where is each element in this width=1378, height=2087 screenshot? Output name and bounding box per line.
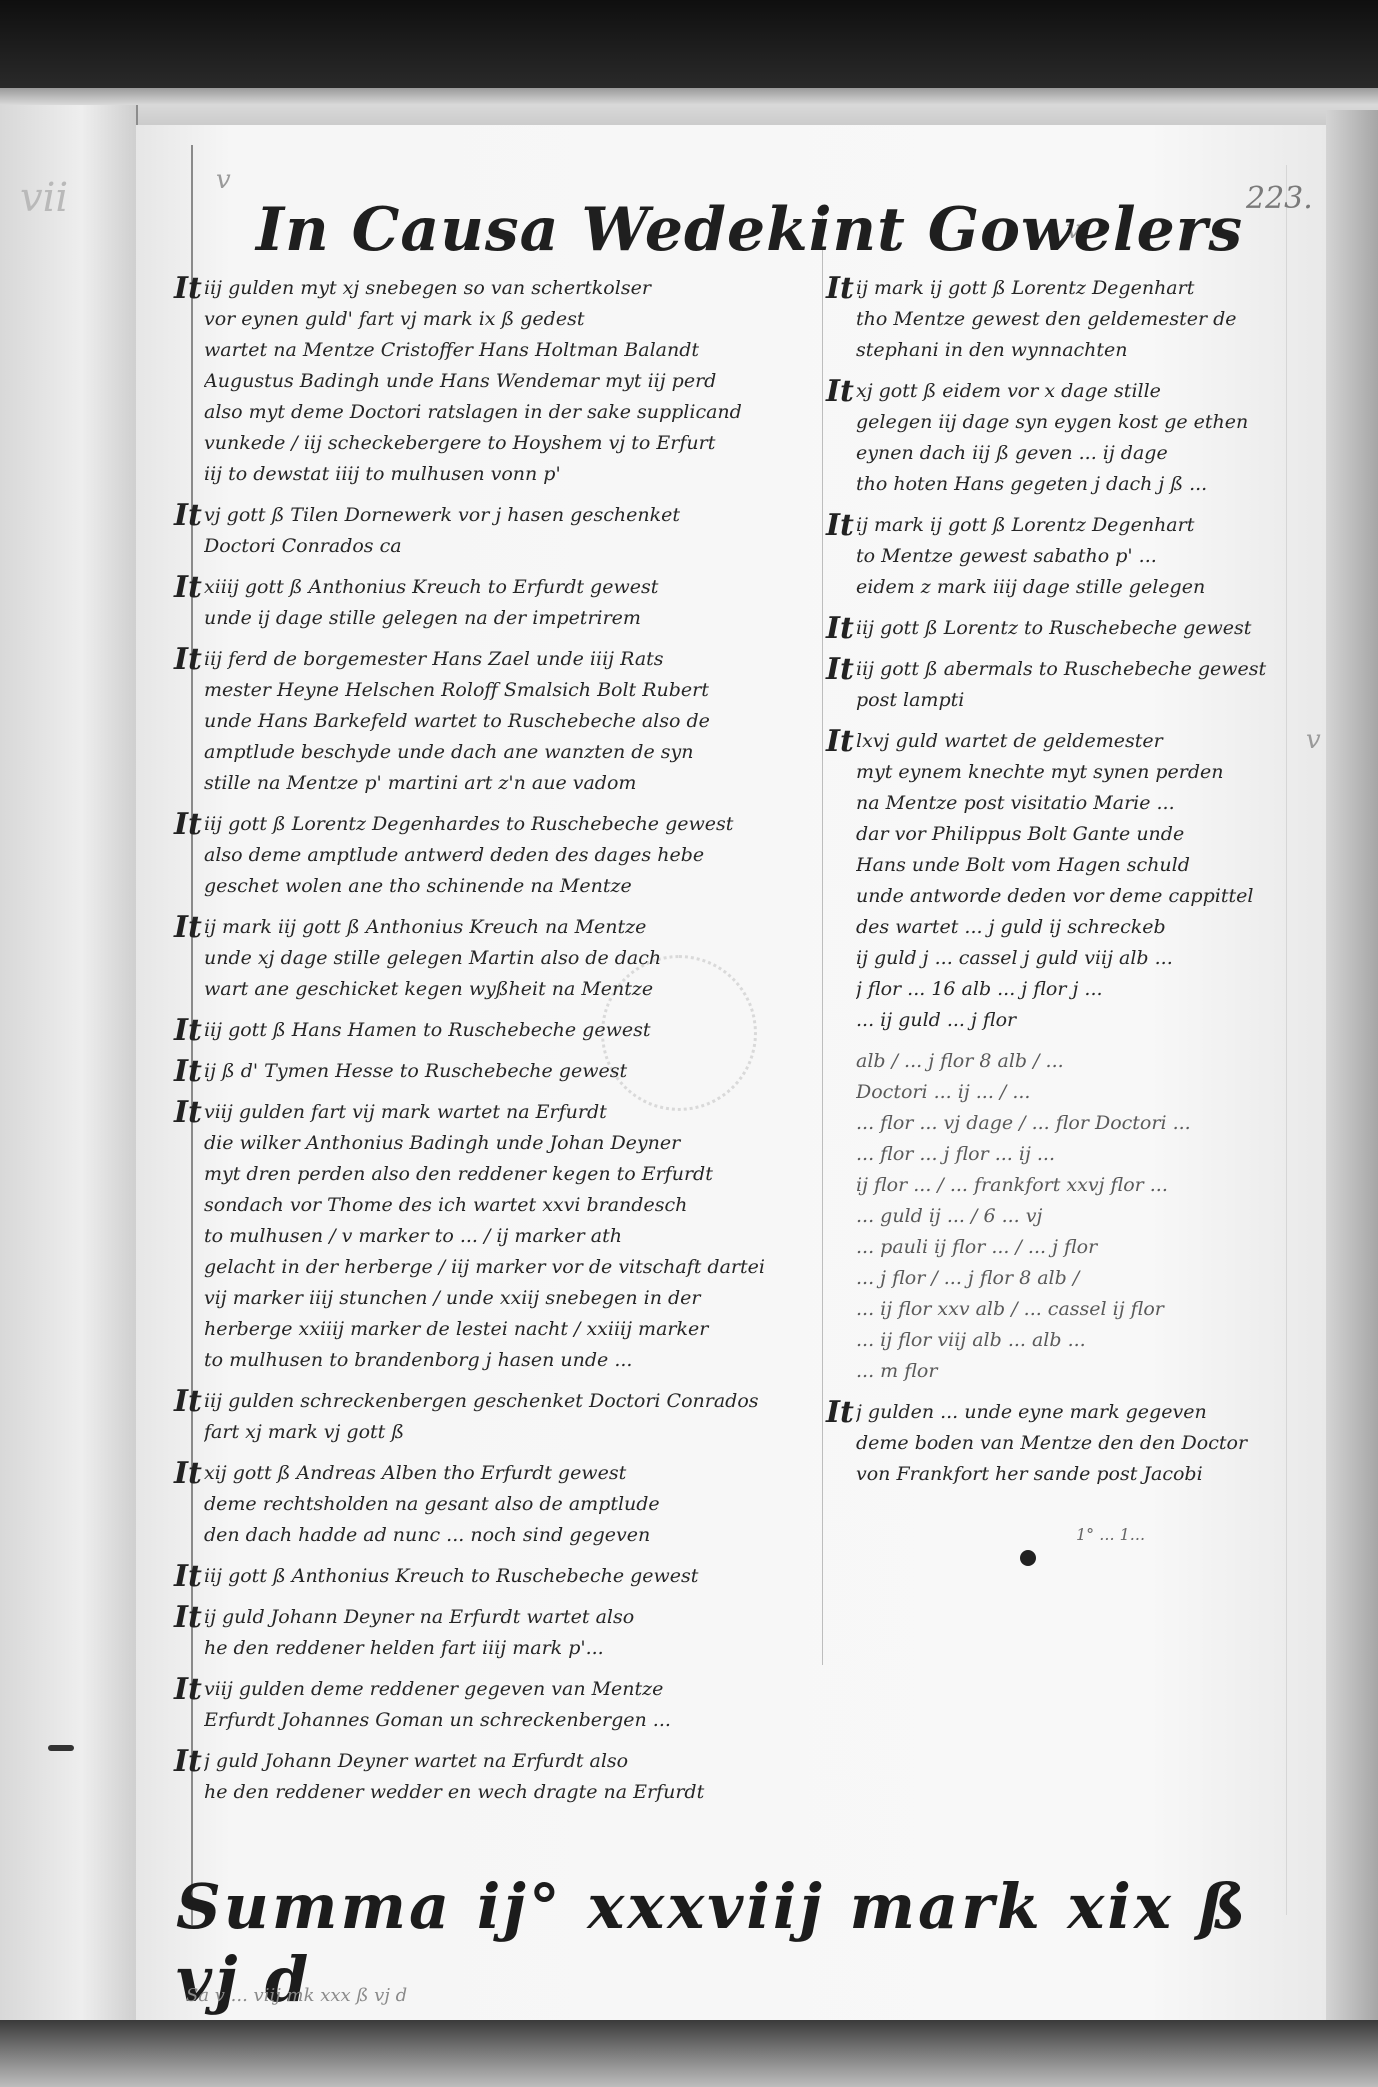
entry-line: iij ferd de borgemester Hans Zael unde i… [204, 644, 814, 675]
entry-line: ij guld j ... cassel j guld viij alb ... [856, 943, 1306, 974]
entry-line: vunkede / iij scheckebergere to Hoyshem … [204, 428, 814, 459]
entry-line: vj gott ß Tilen Dornewerk vor j hasen ge… [204, 500, 814, 531]
dark-background-bottom [0, 2020, 1378, 2087]
manuscript-page: v v v In Causa Wedekint Gowelers 223. It… [136, 125, 1326, 2030]
entry-line: mester Heyne Helschen Roloff Smalsich Bo… [204, 675, 814, 706]
entry-line: gelegen iij dage syn eygen kost ge ethen [856, 407, 1306, 438]
account-entry: Itij guld Johann Deyner na Erfurdt warte… [174, 1602, 814, 1664]
entry-line: ... guld ij ... / 6 ... vj [856, 1201, 1306, 1232]
entry-line: fart xj mark vj gott ß [204, 1417, 814, 1448]
entry-line: Augustus Badingh unde Hans Wendemar myt … [204, 366, 814, 397]
left-page-ink-mark [48, 1745, 74, 1751]
entry-line: Doctori ... ij ... / ... [856, 1077, 1306, 1108]
item-marker: It [174, 1674, 202, 1705]
entry-line: ij guld Johann Deyner na Erfurdt wartet … [204, 1602, 814, 1633]
entry-line: xj gott ß eidem vor x dage stille [856, 376, 1306, 407]
entry-line: den dach hadde ad nunc ... noch sind geg… [204, 1520, 814, 1551]
item-marker: It [826, 376, 854, 407]
entry-line: iij gulden myt xj snebegen so van schert… [204, 273, 814, 304]
entry-line: Hans unde Bolt vom Hagen schuld [856, 850, 1306, 881]
entry-line: also myt deme Doctori ratslagen in der s… [204, 397, 814, 428]
pencil-note: Sa v ... viij mk xxx ß vj d [186, 1985, 407, 2006]
entry-line: gelacht in der herberge / iij marker vor… [204, 1252, 814, 1283]
account-entry: Itiij gulden schreckenbergen geschenket … [174, 1386, 814, 1448]
page-fore-edge [1326, 110, 1378, 2040]
entry-line: tho hoten Hans gegeten j dach j ß ... [856, 469, 1306, 500]
entry-line: iij gulden schreckenbergen geschenket Do… [204, 1386, 814, 1417]
left-page-mark: vii [20, 175, 68, 221]
check-mark: v [216, 165, 231, 195]
entry-line: deme boden van Mentze den den Doctor [856, 1428, 1306, 1459]
account-entry: Itviij gulden fart vij mark wartet na Er… [174, 1097, 814, 1376]
folio-number: 223. [1246, 181, 1313, 216]
entry-line: iij gott ß Hans Hamen to Ruschebeche gew… [204, 1015, 814, 1046]
account-entry: Itvj gott ß Tilen Dornewerk vor j hasen … [174, 500, 814, 562]
item-marker: It [174, 1097, 202, 1128]
entry-line: viij gulden deme reddener gegeven van Me… [204, 1674, 814, 1705]
entry-line: xij gott ß Andreas Alben tho Erfurdt gew… [204, 1458, 814, 1489]
entry-line: unde xj dage stille gelegen Martin also … [204, 943, 814, 974]
entry-line: des wartet ... j guld ij schreckeb [856, 912, 1306, 943]
entry-line: xiiij gott ß Anthonius Kreuch to Erfurdt… [204, 572, 814, 603]
entry-line: myt eynem knechte myt synen perden [856, 757, 1306, 788]
entry-line: ij ß d' Tymen Hesse to Ruschebeche gewes… [204, 1056, 814, 1087]
item-marker: It [174, 1386, 202, 1417]
entry-line: eidem z mark iiij dage stille gelegen [856, 572, 1306, 603]
account-entry: alb / ... j flor 8 alb / ... Doctori ...… [826, 1046, 1306, 1387]
facing-left-page: vii [0, 105, 138, 2045]
entry-line: stille na Mentze p' martini art z'n aue … [204, 768, 814, 799]
item-marker: It [174, 500, 202, 531]
entry-line: amptlude beschyde unde dach ane wanzten … [204, 737, 814, 768]
entry-line: tho Mentze gewest den geldemester de [856, 304, 1306, 335]
entry-line: sondach vor Thome des ich wartet xxvi br… [204, 1190, 814, 1221]
account-entry: Itij mark ij gott ß Lorentz Degenharttho… [826, 273, 1306, 366]
right-column-bottom-note: 1° ... 1... [1076, 1525, 1145, 1544]
entry-line: ... m flor [856, 1356, 1306, 1387]
entry-line: Doctori Conrados ca [204, 531, 814, 562]
entry-line: to Mentze gewest sabatho p' ... [856, 541, 1306, 572]
entry-line: iij gott ß abermals to Ruschebeche gewes… [856, 654, 1306, 685]
account-entry: Itiij gott ß Anthonius Kreuch to Ruscheb… [174, 1561, 814, 1592]
account-entry: Itiij gott ß Hans Hamen to Ruschebeche g… [174, 1015, 814, 1046]
entry-line: j gulden ... unde eyne mark gegeven [856, 1397, 1306, 1428]
entry-line: Erfurdt Johannes Goman un schreckenberge… [204, 1705, 814, 1736]
item-marker: It [174, 912, 202, 943]
entry-line: unde antworde deden vor deme cappittel [856, 881, 1306, 912]
account-entry: Itiij ferd de borgemester Hans Zael unde… [174, 644, 814, 799]
item-marker: It [826, 613, 854, 644]
right-column: Itij mark ij gott ß Lorentz Degenharttho… [826, 273, 1306, 1500]
account-entry: Itij mark iij gott ß Anthonius Kreuch na… [174, 912, 814, 1005]
entry-line: he den reddener helden fart iiij mark p'… [204, 1633, 814, 1664]
account-entry: Itj gulden ... unde eyne mark gegevendem… [826, 1397, 1306, 1490]
check-mark: v [1306, 725, 1321, 755]
entry-line: geschet wolen ane tho schinende na Mentz… [204, 871, 814, 902]
account-entry: Itxij gott ß Andreas Alben tho Erfurdt g… [174, 1458, 814, 1551]
item-marker: It [174, 809, 202, 840]
entry-line: ... flor ... j flor ... ij ... [856, 1139, 1306, 1170]
entry-line: viij gulden fart vij mark wartet na Erfu… [204, 1097, 814, 1128]
entry-line: deme rechtsholden na gesant also de ampt… [204, 1489, 814, 1520]
entry-line: ... ij flor xxv alb / ... cassel ij flor [856, 1294, 1306, 1325]
entry-line: j flor ... 16 alb ... j flor j ... [856, 974, 1306, 1005]
entry-line: iij gott ß Lorentz Degenhardes to Rusche… [204, 809, 814, 840]
item-marker: It [174, 1746, 202, 1777]
entry-line: unde ij dage stille gelegen na der impet… [204, 603, 814, 634]
entry-line: unde Hans Barkefeld wartet to Ruschebech… [204, 706, 814, 737]
entry-line: eynen dach iij ß geven ... ij dage [856, 438, 1306, 469]
account-entry: Itj guld Johann Deyner wartet na Erfurdt… [174, 1746, 814, 1808]
entry-line: stephani in den wynnachten [856, 335, 1306, 366]
entry-line: lxvj guld wartet de geldemester [856, 726, 1306, 757]
entry-line: ... pauli ij flor ... / ... j flor [856, 1232, 1306, 1263]
account-entry: Itiij gott ß Lorentz to Ruschebeche gewe… [826, 613, 1306, 644]
ink-blot [1020, 1550, 1036, 1566]
dark-background-top [0, 0, 1378, 90]
account-entry: Itlxvj guld wartet de geldemestermyt eyn… [826, 726, 1306, 1036]
item-marker: It [826, 510, 854, 541]
entry-line: he den reddener wedder en wech dragte na… [204, 1777, 814, 1808]
entry-line: dar vor Philippus Bolt Gante unde [856, 819, 1306, 850]
entry-line: wart ane geschicket kegen wyßheit na Men… [204, 974, 814, 1005]
item-marker: It [174, 572, 202, 603]
entry-line: iij to dewstat iiij to mulhusen vonn p' [204, 459, 814, 490]
entry-line: wartet na Mentze Cristoffer Hans Holtman… [204, 335, 814, 366]
entry-line: ij flor ... / ... frankfort xxvj flor ..… [856, 1170, 1306, 1201]
item-marker: It [826, 273, 854, 304]
entry-line: ... j flor / ... j flor 8 alb / [856, 1263, 1306, 1294]
item-marker: It [174, 273, 202, 304]
item-marker: It [174, 1056, 202, 1087]
account-entry: Itij ß d' Tymen Hesse to Ruschebeche gew… [174, 1056, 814, 1087]
account-entry: Itxiiij gott ß Anthonius Kreuch to Erfur… [174, 572, 814, 634]
item-marker: It [174, 1015, 202, 1046]
entry-line: post lampti [856, 685, 1306, 716]
entry-line: to mulhusen / v marker to ... / ij marke… [204, 1221, 814, 1252]
account-entry: Itiij gott ß abermals to Ruschebeche gew… [826, 654, 1306, 716]
item-marker: It [826, 1397, 854, 1428]
entry-line: myt dren perden also den reddener kegen … [204, 1159, 814, 1190]
item-marker: It [174, 1458, 202, 1489]
book-top-edge [0, 88, 1378, 130]
entry-line: na Mentze post visitatio Marie ... [856, 788, 1306, 819]
account-entry: Itiij gott ß Lorentz Degenhardes to Rusc… [174, 809, 814, 902]
entry-line: to mulhusen to brandenborg j hasen unde … [204, 1345, 814, 1376]
column-divider [822, 205, 823, 1665]
entry-line: ... ij flor viij alb ... alb ... [856, 1325, 1306, 1356]
account-entry: Itiij gulden myt xj snebegen so van sche… [174, 273, 814, 490]
account-entry: Itxj gott ß eidem vor x dage stillegeleg… [826, 376, 1306, 500]
entry-line: ij mark ij gott ß Lorentz Degenhart [856, 273, 1306, 304]
entry-line: vij marker iiij stunchen / unde xxiij sn… [204, 1283, 814, 1314]
entry-line: ij mark ij gott ß Lorentz Degenhart [856, 510, 1306, 541]
entry-line: alb / ... j flor 8 alb / ... [856, 1046, 1306, 1077]
item-marker: It [174, 1561, 202, 1592]
item-marker: It [174, 644, 202, 675]
entry-line: vor eynen guld' fart vj mark ix ß gedest [204, 304, 814, 335]
item-marker: It [826, 726, 854, 757]
entry-line: iij gott ß Lorentz to Ruschebeche gewest [856, 613, 1306, 644]
item-marker: It [826, 654, 854, 685]
item-marker: It [174, 1602, 202, 1633]
entry-line: also deme amptlude antwerd deden des dag… [204, 840, 814, 871]
total-label: Summa [176, 1870, 452, 1943]
account-entry: Itviij gulden deme reddener gegeven van … [174, 1674, 814, 1736]
entry-line: ... flor ... vj dage / ... flor Doctori … [856, 1108, 1306, 1139]
account-entry: Itij mark ij gott ß Lorentz Degenhartto … [826, 510, 1306, 603]
page-title: In Causa Wedekint Gowelers [256, 195, 1243, 265]
entry-line: iij gott ß Anthonius Kreuch to Ruschebec… [204, 1561, 814, 1592]
entry-line: j guld Johann Deyner wartet na Erfurdt a… [204, 1746, 814, 1777]
entry-line: ... ij guld ... j flor [856, 1005, 1306, 1036]
entry-line: ij mark iij gott ß Anthonius Kreuch na M… [204, 912, 814, 943]
entry-line: von Frankfort her sande post Jacobi [856, 1459, 1306, 1490]
left-column: Itiij gulden myt xj snebegen so van sche… [174, 273, 814, 1818]
entry-line: die wilker Anthonius Badingh unde Johan … [204, 1128, 814, 1159]
entry-line: herberge xxiiij marker de lestei nacht /… [204, 1314, 814, 1345]
